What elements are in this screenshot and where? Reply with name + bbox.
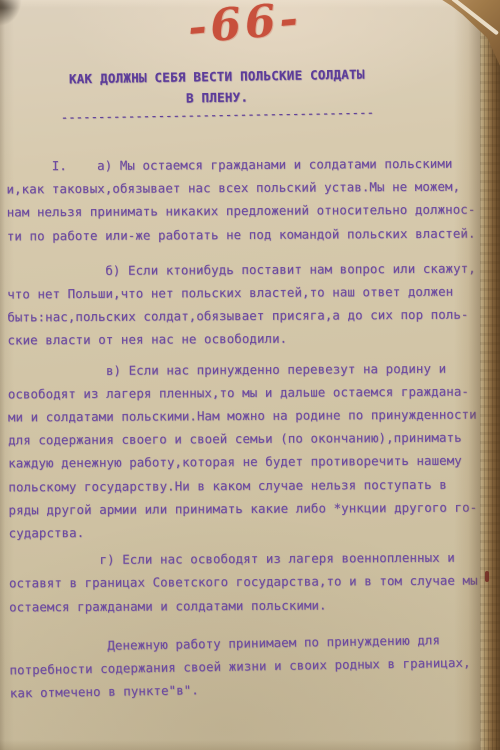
- paragraph-v: в) Если нас принужденно перевезут на род…: [8, 356, 479, 544]
- typed-line: и,как таковых,обязывает нас всех польски…: [6, 175, 476, 201]
- typed-line: что нет Польши,что нет польских властей,…: [7, 280, 477, 306]
- typed-line: для содержания своего и своей семьи (по …: [8, 426, 478, 452]
- typed-line: ские власти от нея нас не освободили.: [7, 326, 477, 352]
- typed-line: I. а) Мы остаемся гражданами и солдатами…: [6, 152, 476, 178]
- typed-line: польскому государству.Ни в каком случае …: [8, 472, 478, 498]
- typed-line: нам нельзя принимать никаких предложений…: [7, 198, 477, 224]
- typed-line: г) Если нас освободят из лагеря военнопл…: [9, 546, 479, 572]
- paragraph-final: Денежную работу принимаем по принуждению…: [9, 628, 480, 705]
- document-title: КАК ДОЛЖНЫ СЕБЯ ВЕСТИ ПОЛЬСКИЕ СОЛДАТЫ В…: [60, 64, 375, 125]
- typed-line: ти по работе или-же работать не под кома…: [7, 221, 477, 247]
- edge-red-mark: [485, 571, 489, 582]
- document-body: I. а) Мы остаемся гражданами и солдатами…: [6, 152, 479, 705]
- typed-line: в) Если нас принужденно перевезут на род…: [8, 356, 478, 382]
- document-page: -66- КАК ДОЛЖНЫ СЕБЯ ВЕСТИ ПОЛЬСКИЕ СОЛД…: [0, 0, 500, 750]
- typed-line: ряды другой армии или принимать какие ли…: [8, 495, 478, 521]
- typed-line: б) Если ктонибудь поставит нам вопрос ил…: [7, 256, 477, 282]
- page-curl-shadow: [454, 0, 480, 750]
- typed-line: освободят из лагеря пленных,то мы и даль…: [8, 379, 478, 405]
- typed-line: оставят в границах Советского государств…: [9, 569, 479, 595]
- paragraph-b: б) Если ктонибудь поставит нам вопрос ил…: [7, 256, 478, 352]
- typed-line: остаемся гражданами и солдатами польским…: [9, 592, 479, 618]
- book-edge-pages: [480, 0, 500, 750]
- typed-line: быть:нас,польских солдат,обязывает прися…: [7, 303, 477, 329]
- paragraph-g: г) Если нас освободят из лагеря военнопл…: [9, 546, 479, 618]
- typed-line: сударства.: [9, 519, 479, 545]
- typed-line: каждую денежную работу,которая не будет …: [8, 449, 478, 475]
- handwritten-page-number: -66-: [186, 0, 304, 54]
- paragraph-a: I. а) Мы остаемся гражданами и солдатами…: [6, 152, 477, 248]
- document-photo: -66- КАК ДОЛЖНЫ СЕБЯ ВЕСТИ ПОЛЬСКИЕ СОЛД…: [0, 0, 500, 750]
- typed-line: ми и солдатами польскими.Нам можно на ро…: [8, 403, 478, 429]
